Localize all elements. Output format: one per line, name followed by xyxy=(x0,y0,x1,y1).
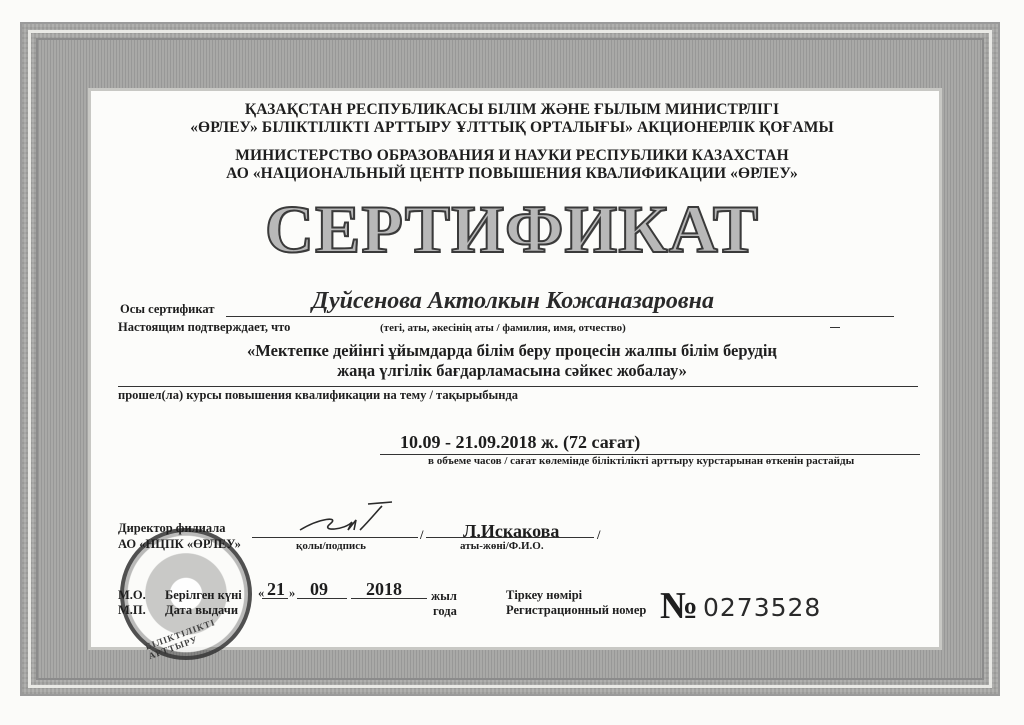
close-quote: » xyxy=(289,586,295,601)
recipient-label-kz: Осы сертификат xyxy=(120,302,214,317)
header-ru-line1: МИНИСТЕРСТВО ОБРАЗОВАНИЯ И НАУКИ РЕСПУБЛ… xyxy=(0,147,1024,165)
mp-label: М.П. xyxy=(118,603,146,618)
dash-mark xyxy=(830,327,840,328)
header-kz-line1: ҚАЗАҚСТАН РЕСПУБЛИКАСЫ БІЛІМ ЖӘНЕ ҒЫЛЫМ … xyxy=(0,101,1024,119)
course-hours-label: в объеме часов / сағат көлемінде білікті… xyxy=(428,455,854,467)
signature-label: қолы/подпись xyxy=(296,540,366,552)
course-topic-line2: жаңа үлгілік бағдарламасына сәйкес жобал… xyxy=(0,361,1024,381)
header-kz-line2: «ӨРЛЕУ» БІЛІКТІЛІКТІ АРТТЫРУ ҰЛТТЫҚ ОРТА… xyxy=(0,119,1024,137)
issue-date-label-ru: Дата выдачи xyxy=(165,603,238,618)
slash-1: / xyxy=(420,528,423,543)
registration-label-ru: Регистрационный номер xyxy=(506,603,646,618)
day-underline xyxy=(262,598,288,599)
registration-label-kz: Тіркеу нөмірі xyxy=(506,588,582,603)
year-underline xyxy=(351,598,427,599)
topic-underline xyxy=(118,386,918,387)
mo-label: М.О. xyxy=(118,588,146,603)
year-label-ru: года xyxy=(433,604,457,619)
course-topic-line1: «Мектепке дейінгі ұйымдарда білім беру п… xyxy=(0,341,1024,361)
slash-2: / xyxy=(597,528,600,543)
header-ru-line2: АО «НАЦИОНАЛЬНЫЙ ЦЕНТР ПОВЫШЕНИЯ КВАЛИФИ… xyxy=(0,165,1024,183)
recipient-name: Дуйсенова Актолкын Кожаназаровна xyxy=(312,288,714,315)
recipient-label-ru: Настоящим подтверждает, что xyxy=(118,320,290,335)
course-period: 10.09 - 21.09.2018 ж. (72 сағат) xyxy=(400,432,640,453)
recipient-name-hint: (тегі, аты, әкесінің аты / фамилия, имя,… xyxy=(380,322,626,334)
signer-underline xyxy=(426,537,594,538)
signer-name: Л.Искакова xyxy=(463,521,559,542)
number-sign: № xyxy=(660,584,698,628)
issue-date-label-kz: Берілген күні xyxy=(165,588,242,603)
issue-month: 09 xyxy=(310,579,328,600)
issue-day: 21 xyxy=(267,579,285,600)
certificate-title: СЕРТИФИКАТ xyxy=(0,190,1024,269)
month-underline xyxy=(297,598,347,599)
director-title-line1: Директор филиала xyxy=(118,521,226,536)
director-title-line2: АО «НЦПК «ӨРЛЕУ» xyxy=(118,537,241,552)
registration-number: 0273528 xyxy=(703,593,821,622)
recipient-underline xyxy=(226,316,894,317)
year-label-kz: жыл xyxy=(431,589,457,604)
signature-underline xyxy=(252,537,418,538)
handwritten-signature xyxy=(290,500,400,540)
issue-year: 2018 xyxy=(366,579,402,600)
course-passed-label: прошел(ла) курсы повышения квалификации … xyxy=(118,388,518,403)
signer-name-label: аты-жөні/Ф.И.О. xyxy=(460,540,544,552)
